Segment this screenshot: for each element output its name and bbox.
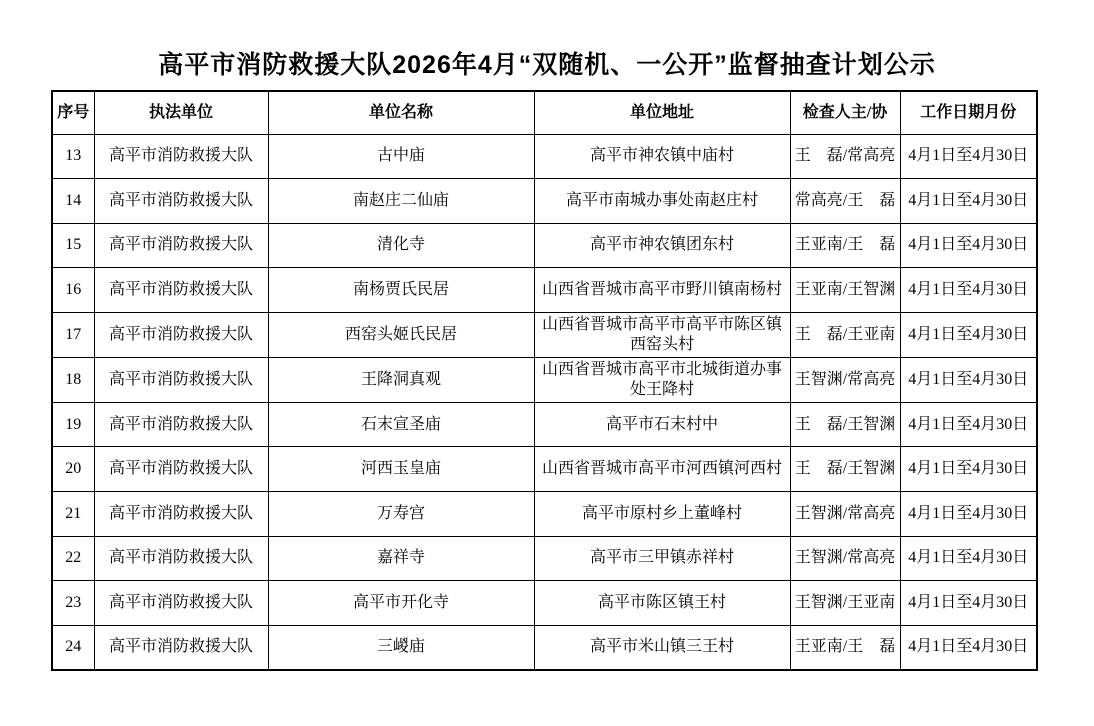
table-row: 18高平市消防救援大队王降洞真观山西省晋城市高平市北城街道办事处王降村王智渊/常… [52,357,1037,402]
table-body: 13高平市消防救援大队古中庙高平市神农镇中庙村王 磊/常高亮4月1日至4月30日… [52,134,1037,670]
cell-unit-address: 山西省晋城市高平市野川镇南杨村 [534,268,790,313]
header-agency: 执法单位 [94,91,268,134]
cell-inspectors: 王 磊/王智渊 [790,402,900,447]
cell-unit-address: 高平市原村乡上董峰村 [534,492,790,537]
cell-unit-name: 南赵庄二仙庙 [268,179,534,224]
cell-agency: 高平市消防救援大队 [94,312,268,357]
cell-inspectors: 王 磊/常高亮 [790,134,900,179]
cell-index: 24 [52,625,94,670]
header-work-period: 工作日期月份 [900,91,1037,134]
cell-unit-name: 西窑头姬氏民居 [268,312,534,357]
cell-work-period: 4月1日至4月30日 [900,179,1037,224]
cell-index: 13 [52,134,94,179]
cell-work-period: 4月1日至4月30日 [900,536,1037,581]
cell-agency: 高平市消防救援大队 [94,581,268,626]
cell-unit-address: 高平市石末村中 [534,402,790,447]
cell-inspectors: 王 磊/王亚南 [790,312,900,357]
cell-index: 22 [52,536,94,581]
cell-inspectors: 王智渊/常高亮 [790,536,900,581]
cell-index: 19 [52,402,94,447]
page-title: 高平市消防救援大队2026年4月“双随机、一公开”监督抽查计划公示 [0,0,1094,80]
cell-unit-name: 河西玉皇庙 [268,447,534,492]
table-row: 19高平市消防救援大队石末宣圣庙高平市石末村中王 磊/王智渊4月1日至4月30日 [52,402,1037,447]
cell-inspectors: 王智渊/王亚南 [790,581,900,626]
cell-agency: 高平市消防救援大队 [94,625,268,670]
cell-unit-address: 高平市米山镇三王村 [534,625,790,670]
cell-inspectors: 王亚南/王 磊 [790,223,900,268]
header-index: 序号 [52,91,94,134]
cell-inspectors: 王智渊/常高亮 [790,357,900,402]
header-row: 序号 执法单位 单位名称 单位地址 检查人主/协 工作日期月份 [52,91,1037,134]
cell-unit-name: 高平市开化寺 [268,581,534,626]
cell-inspectors: 王 磊/王智渊 [790,447,900,492]
cell-agency: 高平市消防救援大队 [94,134,268,179]
cell-agency: 高平市消防救援大队 [94,402,268,447]
cell-work-period: 4月1日至4月30日 [900,134,1037,179]
cell-inspectors: 王智渊/常高亮 [790,492,900,537]
cell-index: 21 [52,492,94,537]
table-header: 序号 执法单位 单位名称 单位地址 检查人主/协 工作日期月份 [52,91,1037,134]
table-row: 20高平市消防救援大队河西玉皇庙山西省晋城市高平市河西镇河西村王 磊/王智渊4月… [52,447,1037,492]
cell-index: 15 [52,223,94,268]
cell-unit-address: 山西省晋城市高平市高平市陈区镇西窑头村 [534,312,790,357]
cell-inspectors: 常高亮/王 磊 [790,179,900,224]
cell-work-period: 4月1日至4月30日 [900,581,1037,626]
cell-work-period: 4月1日至4月30日 [900,312,1037,357]
cell-agency: 高平市消防救援大队 [94,268,268,313]
cell-index: 14 [52,179,94,224]
cell-work-period: 4月1日至4月30日 [900,625,1037,670]
cell-unit-name: 万寿宫 [268,492,534,537]
cell-unit-address: 山西省晋城市高平市河西镇河西村 [534,447,790,492]
cell-inspectors: 王亚南/王 磊 [790,625,900,670]
table-row: 24高平市消防救援大队三嵕庙高平市米山镇三王村王亚南/王 磊4月1日至4月30日 [52,625,1037,670]
cell-unit-name: 王降洞真观 [268,357,534,402]
cell-agency: 高平市消防救援大队 [94,179,268,224]
cell-index: 16 [52,268,94,313]
cell-unit-name: 清化寺 [268,223,534,268]
table-row: 21高平市消防救援大队万寿宫高平市原村乡上董峰村王智渊/常高亮4月1日至4月30… [52,492,1037,537]
cell-unit-address: 山西省晋城市高平市北城街道办事处王降村 [534,357,790,402]
cell-index: 18 [52,357,94,402]
cell-unit-address: 高平市神农镇中庙村 [534,134,790,179]
cell-unit-address: 高平市陈区镇王村 [534,581,790,626]
cell-index: 17 [52,312,94,357]
cell-unit-address: 高平市神农镇团东村 [534,223,790,268]
table-row: 23高平市消防救援大队高平市开化寺高平市陈区镇王村王智渊/王亚南4月1日至4月3… [52,581,1037,626]
header-unit-name: 单位名称 [268,91,534,134]
cell-agency: 高平市消防救援大队 [94,223,268,268]
cell-unit-name: 古中庙 [268,134,534,179]
table-row: 16高平市消防救援大队南杨贾氏民居山西省晋城市高平市野川镇南杨村王亚南/王智渊4… [52,268,1037,313]
table-row: 13高平市消防救援大队古中庙高平市神农镇中庙村王 磊/常高亮4月1日至4月30日 [52,134,1037,179]
cell-agency: 高平市消防救援大队 [94,492,268,537]
cell-agency: 高平市消防救援大队 [94,447,268,492]
document-page: 高平市消防救援大队2026年4月“双随机、一公开”监督抽查计划公示 序号 执法单… [0,0,1094,726]
cell-unit-name: 三嵕庙 [268,625,534,670]
cell-index: 20 [52,447,94,492]
table-row: 22高平市消防救援大队嘉祥寺高平市三甲镇赤祥村王智渊/常高亮4月1日至4月30日 [52,536,1037,581]
cell-unit-name: 石末宣圣庙 [268,402,534,447]
inspection-plan-table: 序号 执法单位 单位名称 单位地址 检查人主/协 工作日期月份 13高平市消防救… [51,90,1038,671]
cell-inspectors: 王亚南/王智渊 [790,268,900,313]
table-row: 15高平市消防救援大队清化寺高平市神农镇团东村王亚南/王 磊4月1日至4月30日 [52,223,1037,268]
cell-agency: 高平市消防救援大队 [94,536,268,581]
cell-work-period: 4月1日至4月30日 [900,268,1037,313]
table-row: 17高平市消防救援大队西窑头姬氏民居山西省晋城市高平市高平市陈区镇西窑头村王 磊… [52,312,1037,357]
cell-unit-address: 高平市三甲镇赤祥村 [534,536,790,581]
cell-unit-name: 南杨贾氏民居 [268,268,534,313]
cell-work-period: 4月1日至4月30日 [900,492,1037,537]
cell-unit-address: 高平市南城办事处南赵庄村 [534,179,790,224]
header-unit-address: 单位地址 [534,91,790,134]
cell-index: 23 [52,581,94,626]
cell-agency: 高平市消防救援大队 [94,357,268,402]
header-inspectors: 检查人主/协 [790,91,900,134]
cell-work-period: 4月1日至4月30日 [900,447,1037,492]
cell-work-period: 4月1日至4月30日 [900,223,1037,268]
cell-unit-name: 嘉祥寺 [268,536,534,581]
cell-work-period: 4月1日至4月30日 [900,357,1037,402]
cell-work-period: 4月1日至4月30日 [900,402,1037,447]
table-row: 14高平市消防救援大队南赵庄二仙庙高平市南城办事处南赵庄村常高亮/王 磊4月1日… [52,179,1037,224]
